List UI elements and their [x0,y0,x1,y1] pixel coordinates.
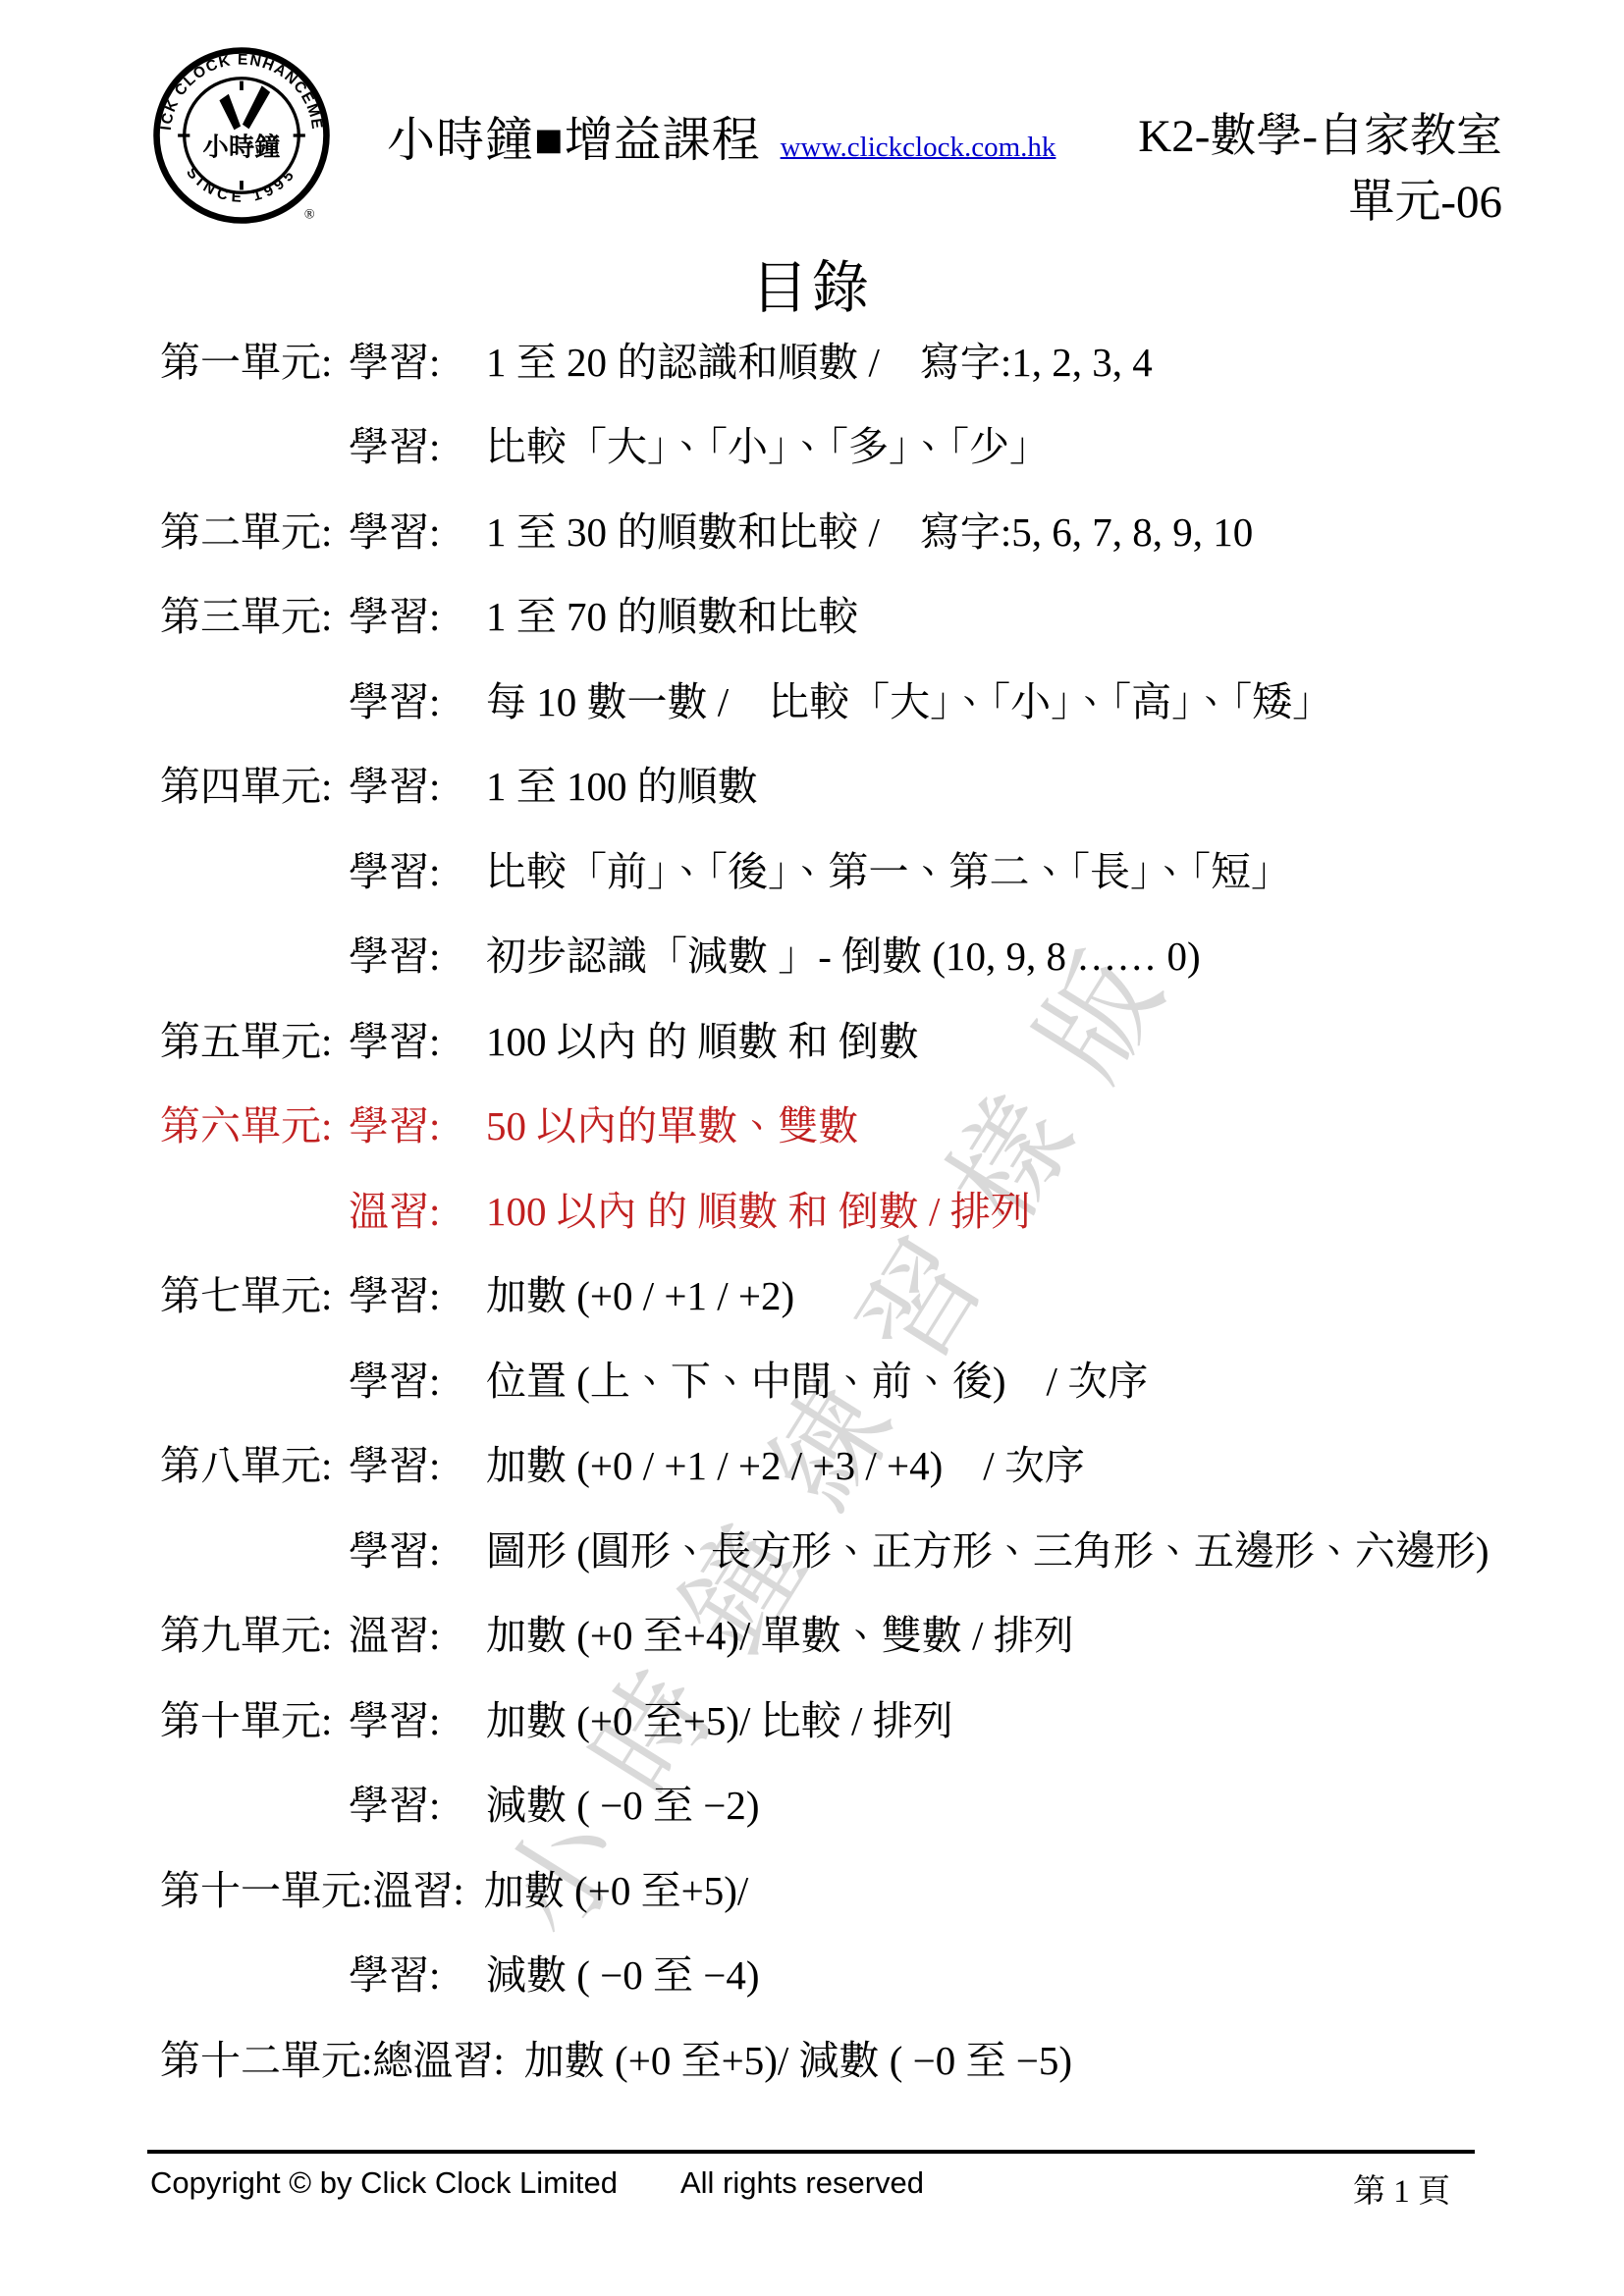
logo-center-text: 小時鐘 [203,133,281,162]
toc-row: 學習:比較「前」、「後」、第一、第二、「長」、「短」 [160,826,1565,911]
topic-text: 初步認識「減數 」- 倒數 (10, 9, 8 …… 0) [486,924,1201,982]
topic-text: 每 10 數一數 / 比較「大」、「小」、「高」、「矮」 [486,669,1332,727]
unit-number: 單元-06 [1138,170,1502,236]
activity-label: 學習: [349,330,486,388]
toc-list: 第一單元:學習:1 至 20 的認識和順數 / 寫字:1, 2, 3, 4學習:… [160,316,1565,2100]
topic-text: 減數 ( −0 至 −2) [486,1773,760,1831]
header-course-block: K2-數學-自家教室 單元-06 [1138,104,1502,235]
brand-title: 小時鐘■增益課程 [387,102,761,171]
toc-row: 第二單元:學習:1 至 30 的順數和比較 / 寫字:5, 6, 7, 8, 9… [160,486,1565,571]
topic-text: 50 以內的單數、雙數 [486,1094,858,1151]
topic-text: 1 至 30 的順數和比較 / 寫字:5, 6, 7, 8, 9, 10 [486,500,1253,558]
activity-label: 學習: [349,669,486,727]
topic-text: 加數 (+0 至+5)/ [484,1858,748,1916]
toc-row: 學習:比較「大」、「小」、「多」、「少」 [160,401,1565,487]
activity-label: 學習: [349,839,486,897]
toc-row: 第一單元:學習:1 至 20 的認識和順數 / 寫字:1, 2, 3, 4 [160,316,1565,401]
activity-label: 學習: [349,1773,486,1831]
footer-text-row: Copyright © by Click Clock Limited All r… [150,2165,924,2201]
unit-label: 第十二單元: [160,2028,372,2086]
topic-text: 加數 (+0 至+5)/ 比較 / 排列 [486,1688,953,1746]
activity-label: 溫習: [372,1858,463,1916]
topic-text: 加數 (+0 至+5)/ 減數 ( −0 至 −5) [524,2028,1072,2086]
activity-label: 學習: [349,1349,486,1407]
unit-label: 第二單元: [160,500,349,558]
header-brand-row: 小時鐘■增益課程 www.clickclock.com.hk [387,102,1056,171]
activity-label: 學習: [349,414,486,472]
toc-row: 第七單元:學習:加數 (+0 / +1 / +2) [160,1251,1565,1336]
unit-label: 第九單元: [160,1603,349,1661]
toc-row: 學習:初步認識「減數 」- 倒數 (10, 9, 8 …… 0) [160,911,1565,996]
unit-label: 第十單元: [160,1688,349,1746]
activity-label: 學習: [349,1688,486,1746]
footer-copyright: Copyright © by Click Clock Limited [150,2165,618,2201]
toc-row: 學習:每 10 數一數 / 比較「大」、「小」、「高」、「矮」 [160,656,1565,741]
unit-label: 第一單元: [160,330,349,388]
clock-hour-hand-icon [219,94,241,131]
unit-label: 第五單元: [160,1009,349,1067]
toc-row: 學習:圖形 (圓形、長方形、正方形、三角形、五邊形、六邊形) [160,1505,1565,1590]
document-page: CLICK CLOCK ENHANCEMENT SINCE 1995 小時鐘 ®… [0,0,1624,2296]
footer-page-number: 第 1 頁 [1353,2165,1450,2212]
toc-row: 第三單元:學習:1 至 70 的順數和比較 [160,571,1565,657]
course-title: K2-數學-自家教室 [1138,104,1502,170]
activity-label: 學習: [349,1433,486,1491]
topic-text: 位置 (上、下、中間、前、後) / 次序 [486,1349,1148,1407]
toc-row: 學習:減數 ( −0 至 −2) [160,1760,1565,1845]
topic-text: 減數 ( −0 至 −4) [486,1943,760,2001]
topic-text: 1 至 70 的順數和比較 [486,584,858,642]
click-clock-logo-icon: CLICK CLOCK ENHANCEMENT SINCE 1995 小時鐘 ® [149,43,334,228]
toc-row: 第十二單元:總溫習:加數 (+0 至+5)/ 減數 ( −0 至 −5) [160,2014,1565,2100]
topic-text: 圖形 (圓形、長方形、正方形、三角形、五邊形、六邊形) [486,1519,1489,1576]
registered-trademark-icon: ® [304,207,315,223]
activity-label: 總溫習: [372,2028,504,2086]
clock-minute-hand-icon [243,85,270,129]
unit-label: 第八單元: [160,1433,349,1491]
activity-label: 學習: [349,754,486,812]
page-title: 目錄 [0,241,1624,324]
topic-text: 100 以內 的 順數 和 倒數 / 排列 [486,1179,1031,1237]
toc-row: 第八單元:學習:加數 (+0 / +1 / +2 / +3 / +4) / 次序 [160,1420,1565,1506]
activity-label: 學習: [349,584,486,642]
activity-label: 學習: [349,1263,486,1321]
toc-row: 學習:位置 (上、下、中間、前、後) / 次序 [160,1335,1565,1420]
unit-label: 第六單元: [160,1094,349,1151]
unit-label: 第十一單元: [160,1858,372,1916]
activity-label: 溫習: [349,1179,486,1237]
activity-label: 學習: [349,1094,486,1151]
toc-row: 第四單元:學習:1 至 100 的順數 [160,741,1565,827]
topic-text: 加數 (+0 / +1 / +2 / +3 / +4) / 次序 [486,1433,1085,1491]
topic-text: 100 以內 的 順數 和 倒數 [486,1009,919,1067]
activity-label: 學習: [349,924,486,982]
activity-label: 溫習: [349,1603,486,1661]
website-link[interactable]: www.clickclock.com.hk [781,132,1056,164]
unit-label: 第三單元: [160,584,349,642]
topic-text: 比較「前」、「後」、第一、第二、「長」、「短」 [486,839,1291,897]
topic-text: 加數 (+0 / +1 / +2) [486,1263,794,1321]
activity-label: 學習: [349,1943,486,2001]
unit-label: 第七單元: [160,1263,349,1321]
activity-label: 學習: [349,500,486,558]
toc-row: 第九單元:溫習:加數 (+0 至+4)/ 單數、雙數 / 排列 [160,1590,1565,1676]
toc-row: 學習:減數 ( −0 至 −4) [160,1930,1565,2015]
toc-row: 溫習:100 以內 的 順數 和 倒數 / 排列 [160,1165,1565,1251]
topic-text: 加數 (+0 至+4)/ 單數、雙數 / 排列 [486,1603,1074,1661]
toc-row: 第十單元:學習:加數 (+0 至+5)/ 比較 / 排列 [160,1675,1565,1760]
toc-row: 第六單元:學習:50 以內的單數、雙數 [160,1081,1565,1166]
activity-label: 學習: [349,1009,486,1067]
activity-label: 學習: [349,1519,486,1576]
unit-label: 第四單元: [160,754,349,812]
toc-row: 第十一單元:溫習:加數 (+0 至+5)/ [160,1844,1565,1930]
topic-text: 比較「大」、「小」、「多」、「少」 [486,414,1050,472]
footer-divider [147,2150,1475,2154]
toc-row: 第五單元:學習:100 以內 的 順數 和 倒數 [160,995,1565,1081]
footer-rights: All rights reserved [680,2165,924,2201]
topic-text: 1 至 20 的認識和順數 / 寫字:1, 2, 3, 4 [486,330,1153,388]
topic-text: 1 至 100 的順數 [486,754,758,812]
